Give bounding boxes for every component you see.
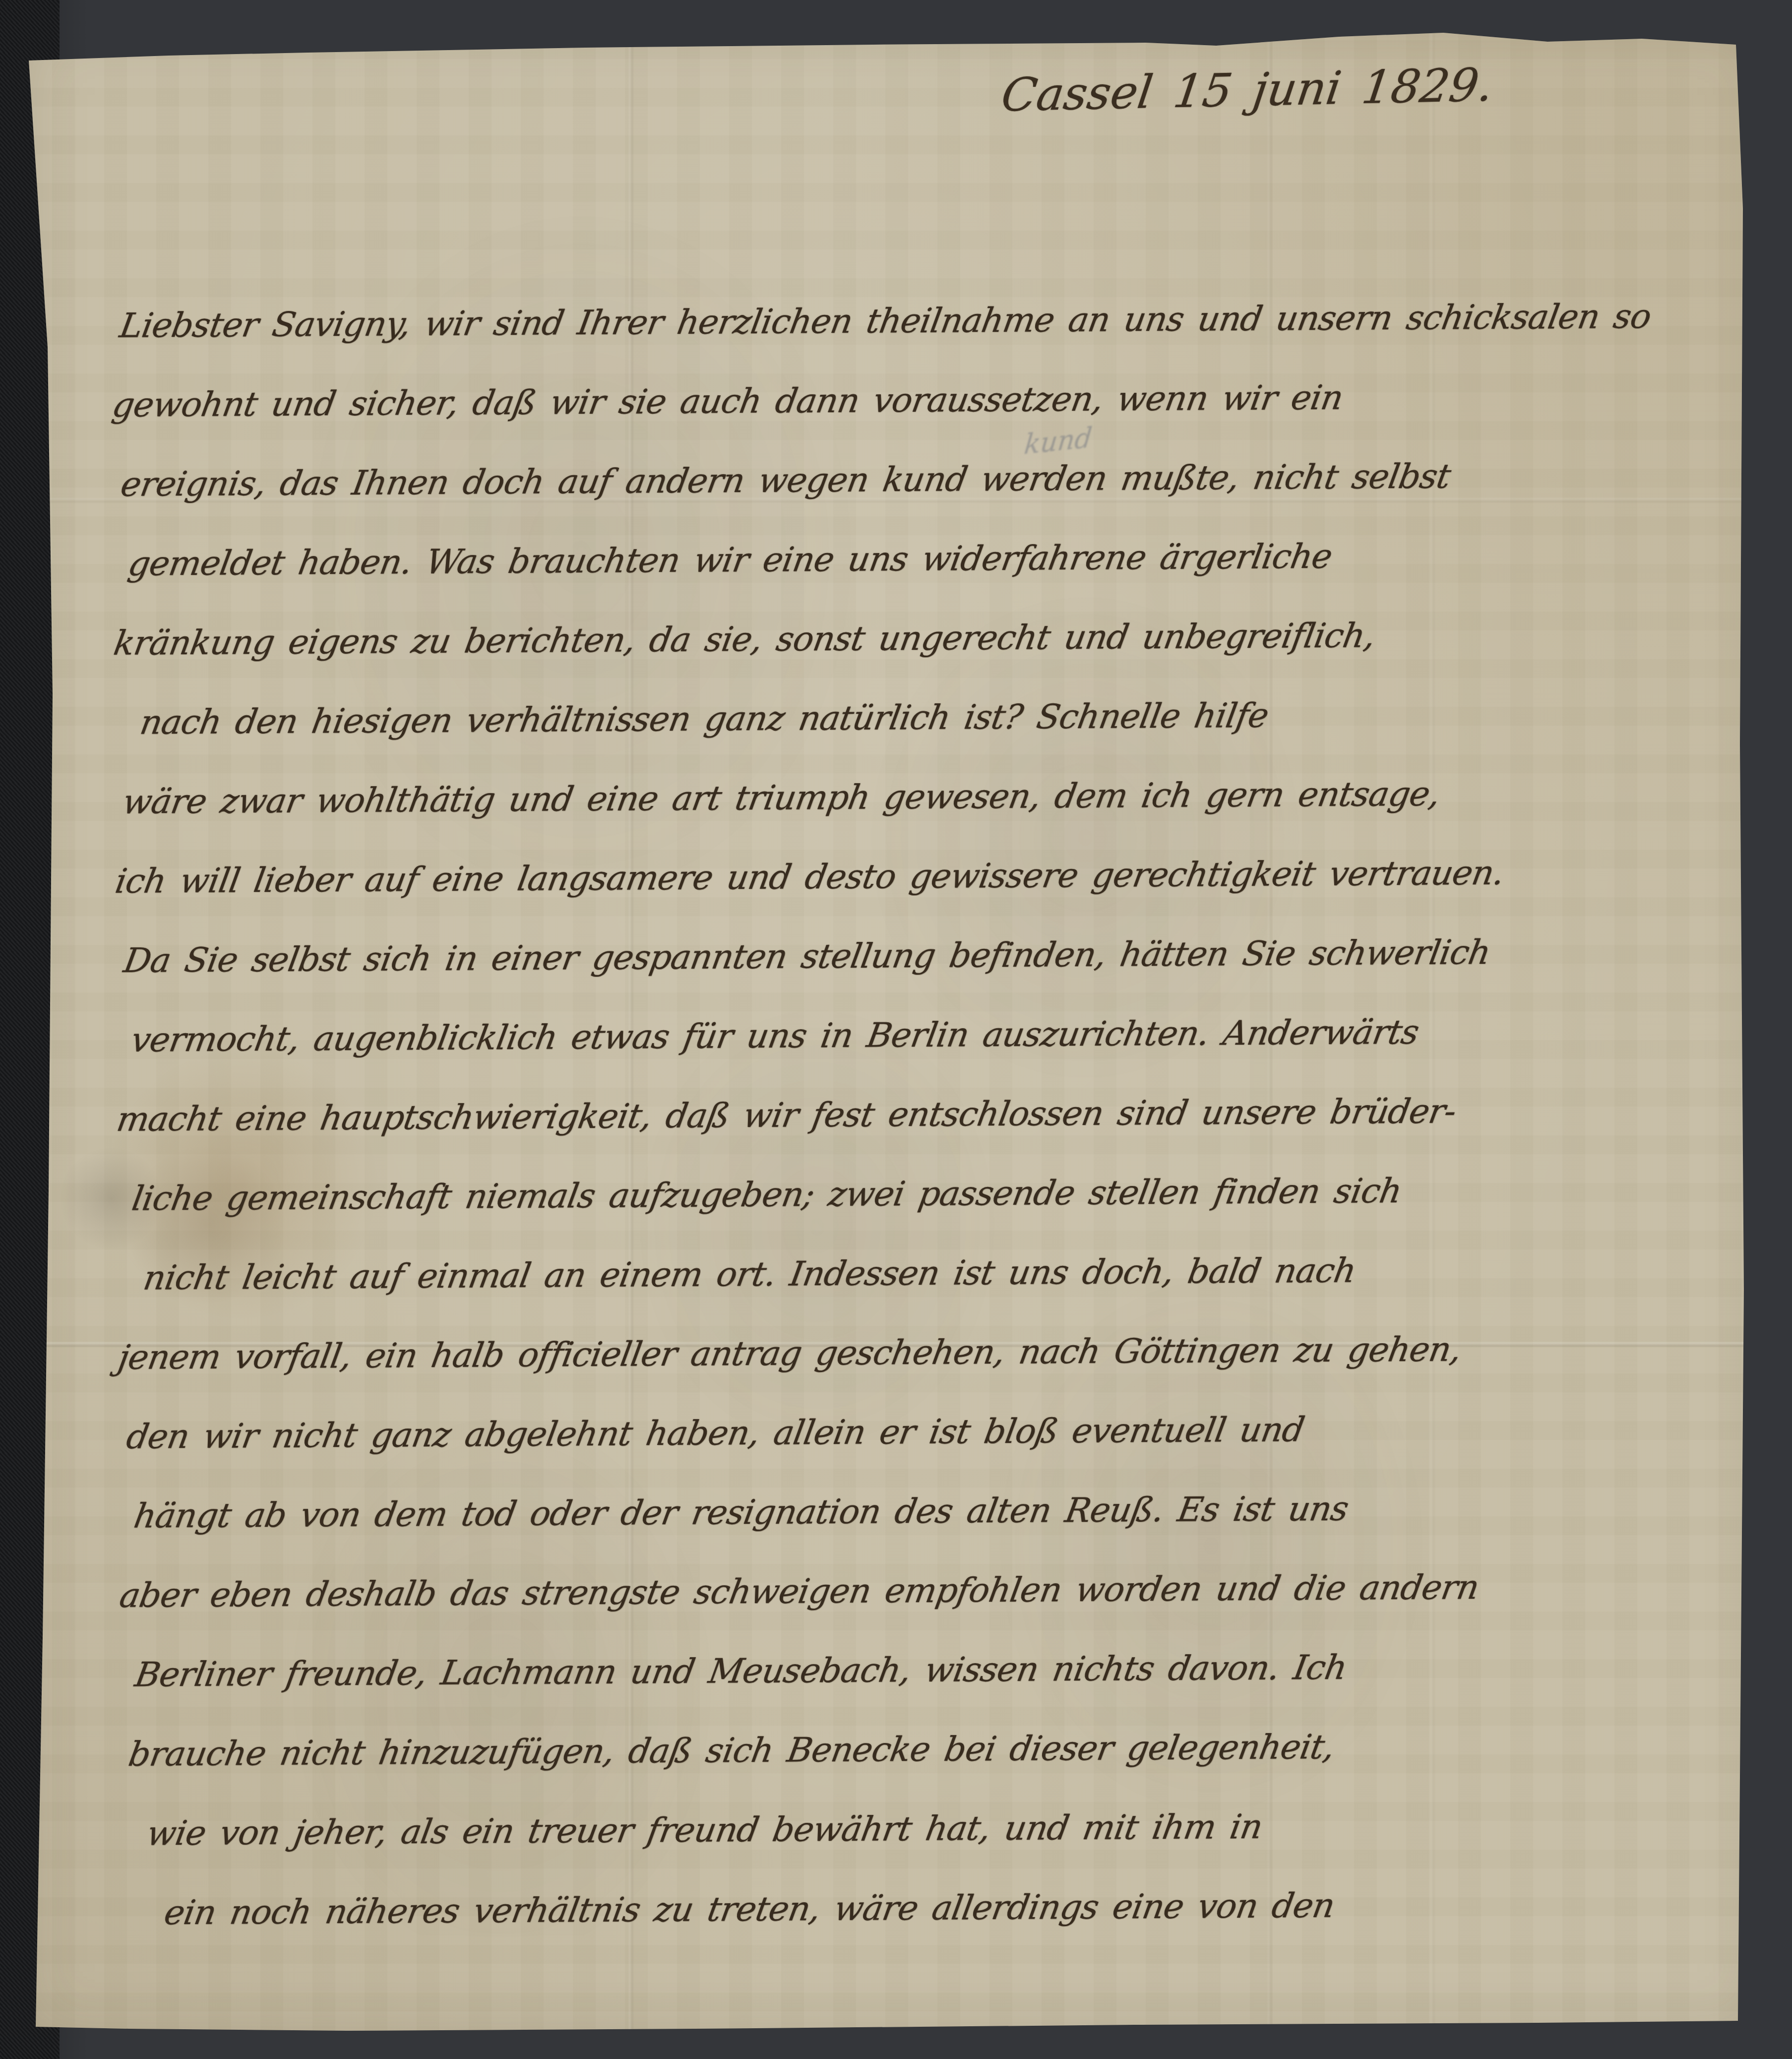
manuscript-line: wäre zwar wohlthätig und eine art triump… (117, 753, 1717, 842)
manuscript-line: ein noch näheres verhältnis zu treten, w… (158, 1864, 1724, 1953)
dateline: Cassel 15 juni 1829. (998, 58, 1497, 122)
manuscript-line: ich will lieber auf eine langsamere und … (109, 832, 1718, 922)
manuscript-line: brauche nicht hinzuzufügen, daß sich Ben… (122, 1705, 1723, 1795)
letter-page: Cassel 15 juni 1829. kund Liebster Savig… (0, 0, 1792, 2059)
manuscript-line: Da Sie selbst sich in einer gespannten s… (118, 912, 1718, 1001)
manuscript-line: ereignis, das Ihnen doch auf andern wege… (115, 436, 1715, 525)
manuscript-line: gemeldet haben. Was brauchten wir eine u… (122, 515, 1716, 604)
manuscript-line: hängt ab von dem tod oder der resignatio… (127, 1467, 1721, 1557)
manuscript-line: Berliner freunde, Lachmann und Meusebach… (128, 1626, 1722, 1715)
manuscript-line: nicht leicht auf einmal an einem ort. In… (137, 1229, 1720, 1318)
manuscript-line: aber eben deshalb das strengste schweige… (113, 1547, 1722, 1636)
manuscript-body: Liebster Savigny, wir sind Ihrer herzlic… (113, 277, 1710, 1953)
manuscript-line: jenem vorfall, ein halb officieller antr… (112, 1309, 1720, 1398)
manuscript-line: den wir nicht ganz abgelehnt haben, alle… (120, 1388, 1721, 1477)
manuscript-line: wie von jeher, als ein treuer freund bew… (140, 1785, 1723, 1873)
manuscript-line: nach den hiesigen verhältnissen ganz nat… (134, 674, 1717, 762)
manuscript-line: kränkung eigens zu berichten, da sie, so… (108, 594, 1716, 684)
manuscript-line: gewohnt und sicher, daß wir sie auch dan… (106, 356, 1715, 445)
manuscript-line: vermocht, augenblicklich etwas für uns i… (125, 991, 1719, 1080)
manuscript-line: macht eine hauptschwierigkeit, daß wir f… (111, 1070, 1719, 1160)
manuscript-line: liche gemeinschaft niemals aufzugeben; z… (125, 1150, 1719, 1239)
scan-background: Cassel 15 juni 1829. kund Liebster Savig… (0, 0, 1792, 2059)
manuscript-line: Liebster Savigny, wir sind Ihrer herzlic… (114, 277, 1714, 366)
